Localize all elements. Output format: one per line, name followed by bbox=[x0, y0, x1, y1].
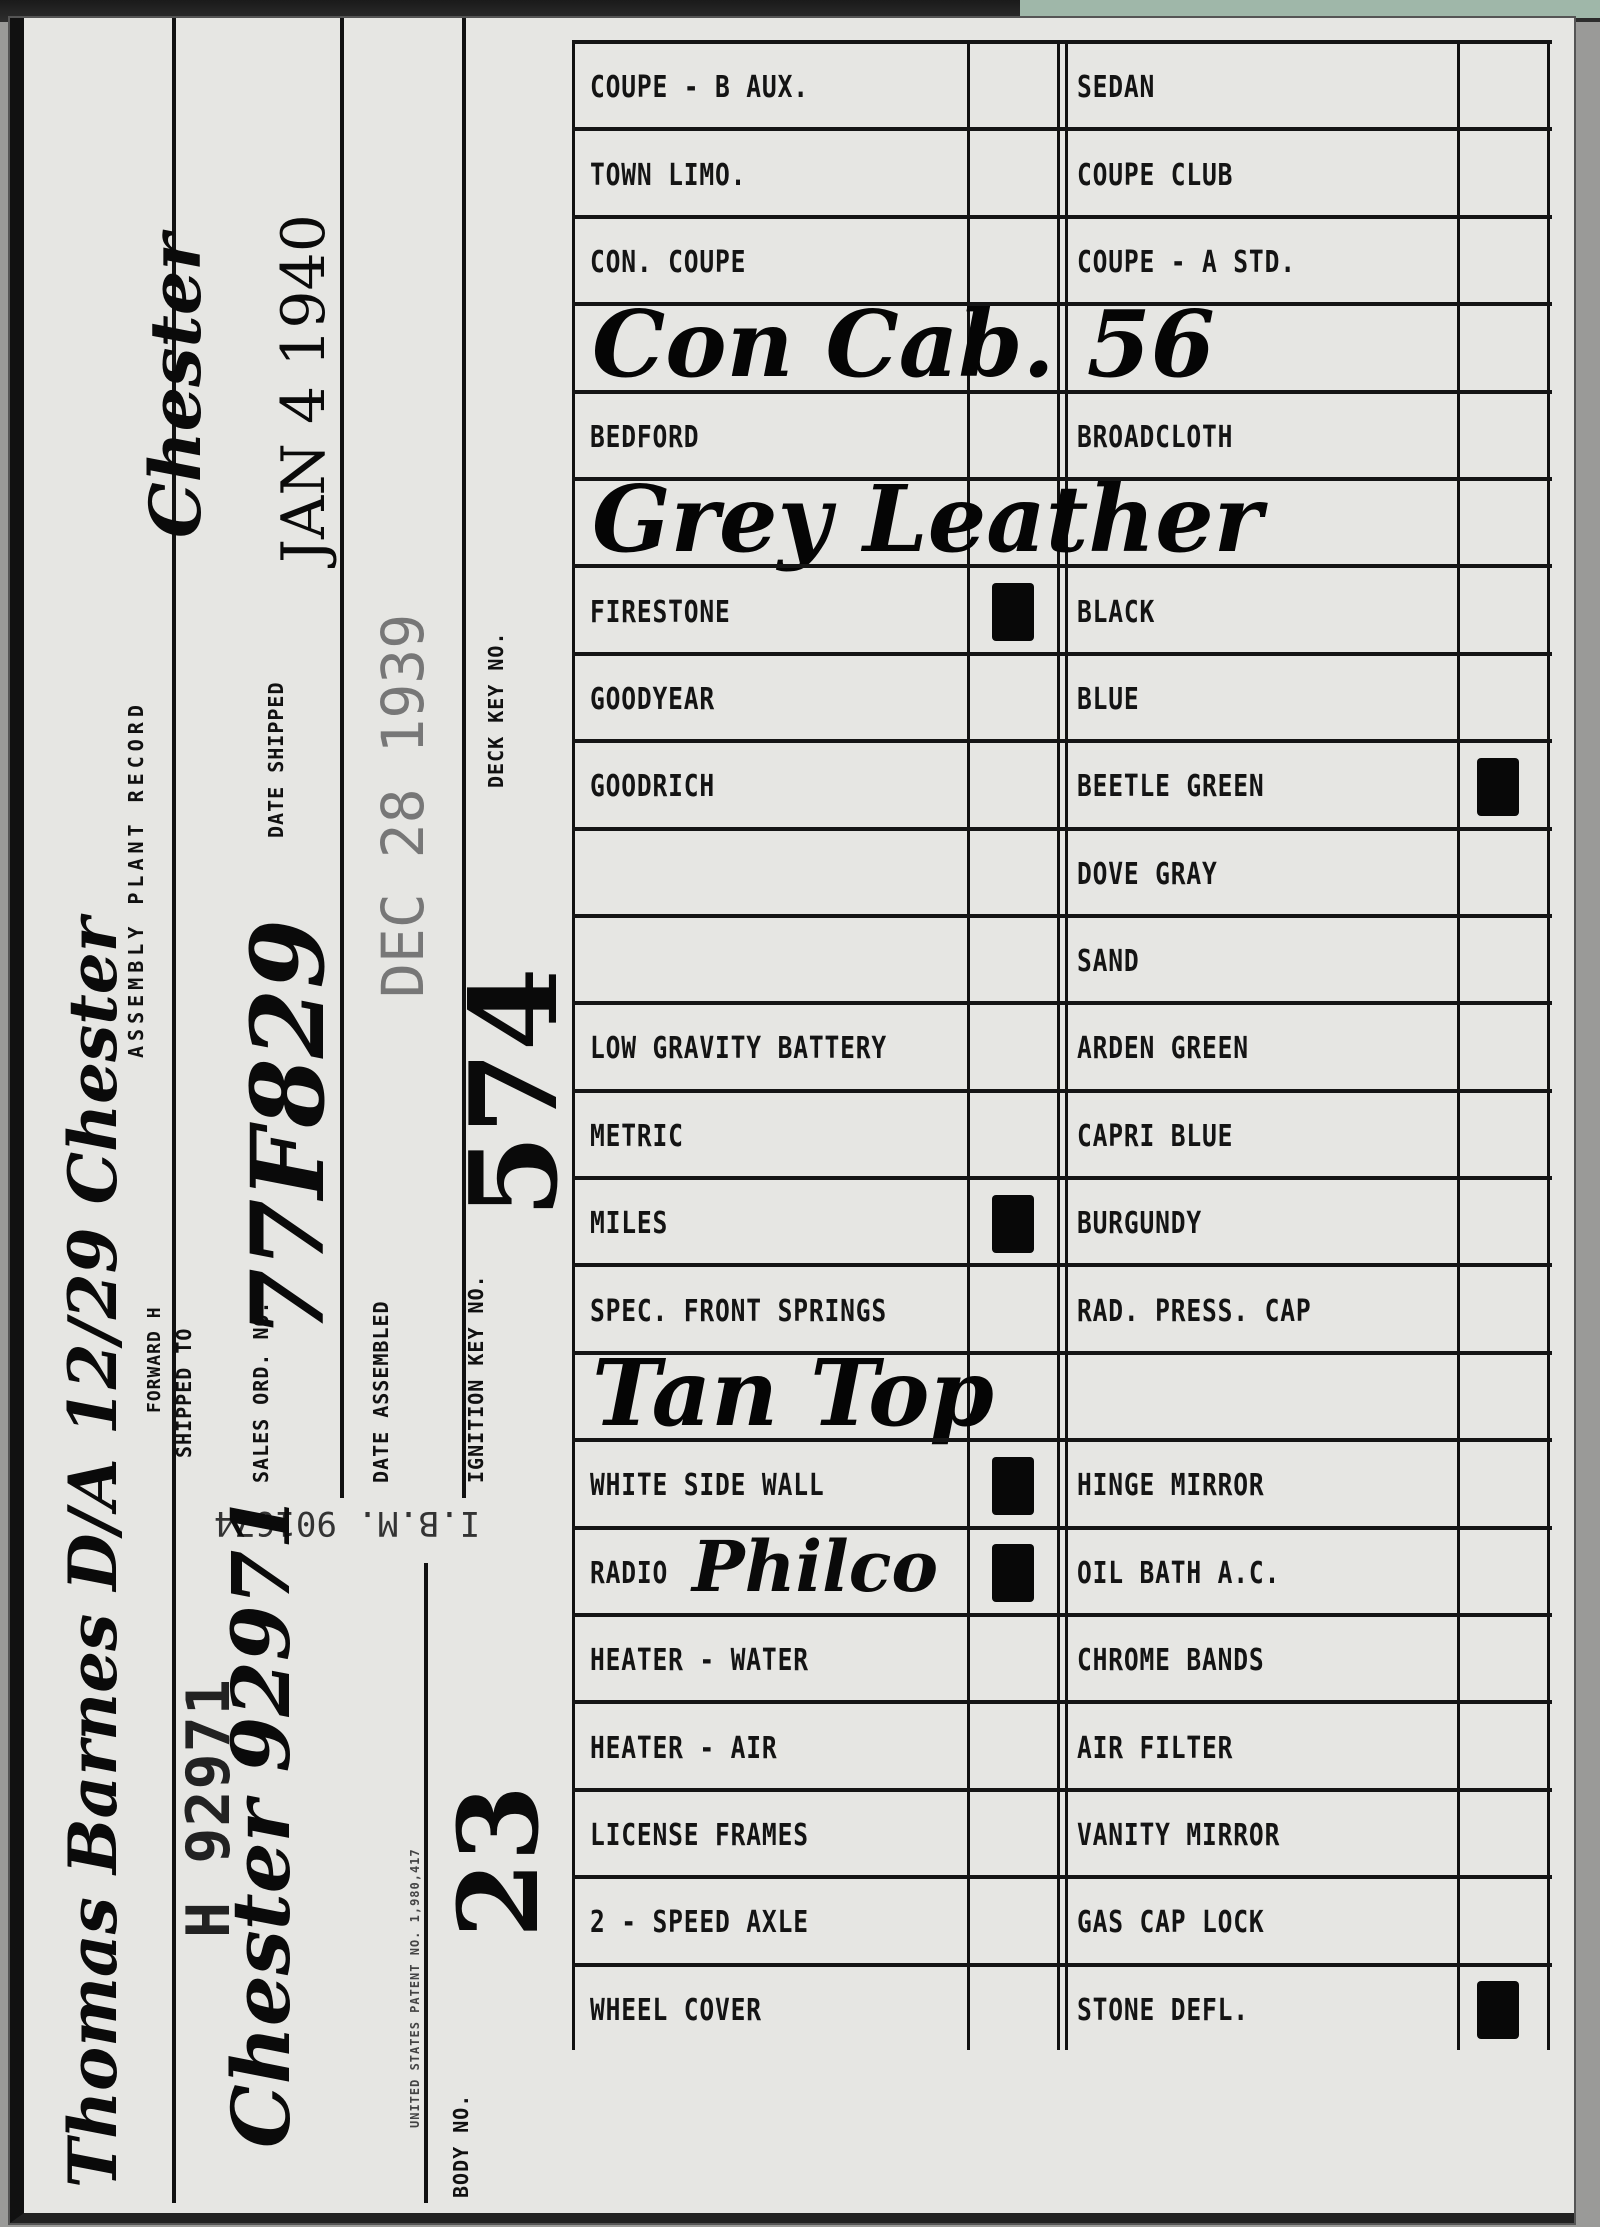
background-green-strip bbox=[1020, 0, 1600, 18]
option-row: COUPE - B AUX.SEDAN bbox=[572, 40, 1552, 131]
serial-stamp: H 92971 bbox=[174, 1678, 244, 1938]
option-right-label: BLACK bbox=[1077, 568, 1155, 655]
option-row: LOW GRAVITY BATTERYARDEN GREEN bbox=[572, 1001, 1552, 1092]
option-left-note: Philco bbox=[692, 1525, 938, 1608]
option-right-label: RAD. PRESS. CAP bbox=[1077, 1267, 1311, 1354]
option-right-label: BEETLE GREEN bbox=[1077, 743, 1265, 830]
option-left-label: WHITE SIDE WALL bbox=[590, 1442, 824, 1529]
option-right-label: CAPRI BLUE bbox=[1077, 1093, 1233, 1180]
option-left-label: WHEEL COVER bbox=[590, 1967, 762, 2054]
option-row: RADIOPhilcoOIL BATH A.C. bbox=[572, 1526, 1552, 1617]
option-right-label: GAS CAP LOCK bbox=[1077, 1879, 1265, 1966]
option-right-label: DOVE GRAY bbox=[1077, 831, 1218, 918]
option-left-label: LICENSE FRAMES bbox=[590, 1792, 809, 1879]
handwritten-entry: Con Cab. 56 bbox=[592, 290, 1215, 398]
option-left-label: LOW GRAVITY BATTERY bbox=[590, 1005, 887, 1092]
check-mark-icon[interactable] bbox=[1477, 758, 1519, 816]
option-row: HEATER - WATERCHROME BANDS bbox=[572, 1613, 1552, 1704]
option-left-label: RADIO bbox=[590, 1530, 668, 1617]
option-left-label: METRIC bbox=[590, 1093, 684, 1180]
option-left-label: MILES bbox=[590, 1180, 668, 1267]
option-row: WHEEL COVERSTONE DEFL. bbox=[572, 1963, 1552, 2054]
option-left-label: COUPE - B AUX. bbox=[590, 44, 809, 131]
option-left-label: HEATER - WATER bbox=[590, 1617, 809, 1704]
shipped-to-value: Thomas Barnes D/A 12/29 Chester bbox=[54, 918, 132, 2189]
option-row: HEATER - AIRAIR FILTER bbox=[572, 1700, 1552, 1791]
date-shipped-label: DATE SHIPPED bbox=[264, 682, 288, 839]
option-left-label: GOODRICH bbox=[590, 743, 715, 830]
options-grid: COUPE - B AUX.SEDANTOWN LIMO.COUPE CLUBC… bbox=[572, 40, 1572, 2050]
option-row: TOWN LIMO.COUPE CLUB bbox=[572, 127, 1552, 218]
handwritten-entry: Grey Leather bbox=[592, 465, 1262, 573]
option-right-label: AIR FILTER bbox=[1077, 1704, 1233, 1791]
option-row: LICENSE FRAMESVANITY MIRROR bbox=[572, 1788, 1552, 1879]
option-right-label: OIL BATH A.C. bbox=[1077, 1530, 1280, 1617]
patent-text: UNITED STATES PATENT NO. 1,980,417 bbox=[408, 1848, 422, 2128]
check-mark-icon[interactable] bbox=[992, 583, 1034, 641]
handwritten-entry: Tan Top bbox=[592, 1339, 994, 1447]
option-right-label: SEDAN bbox=[1077, 44, 1155, 131]
forward-label: FORWARD H bbox=[144, 1306, 165, 1413]
option-row: SAND bbox=[572, 914, 1552, 1005]
option-right-label: BURGUNDY bbox=[1077, 1180, 1202, 1267]
option-right-label: SAND bbox=[1077, 918, 1140, 1005]
assembly-plant-value: Chester bbox=[134, 234, 217, 538]
date-shipped-value: JAN 4 1940 bbox=[269, 214, 339, 563]
option-left-label: HEATER - AIR bbox=[590, 1704, 778, 1791]
option-row: 2 - SPEED AXLEGAS CAP LOCK bbox=[572, 1875, 1552, 1966]
option-row: MILESBURGUNDY bbox=[572, 1176, 1552, 1267]
option-right-label: HINGE MIRROR bbox=[1077, 1442, 1265, 1529]
sales-ord-value: 77F829 bbox=[229, 919, 347, 1338]
option-row: GOODYEARBLUE bbox=[572, 652, 1552, 743]
option-left-label: 2 - SPEED AXLE bbox=[590, 1879, 809, 1966]
option-right-label: STONE DEFL. bbox=[1077, 1967, 1249, 2054]
shipped-to-label: SHIPPED TO bbox=[172, 1328, 196, 1458]
ignition-key-label: IGNITION KEY NO. bbox=[464, 1274, 488, 1483]
option-left-label: GOODYEAR bbox=[590, 656, 715, 743]
date-assembled-label: DATE ASSEMBLED bbox=[369, 1300, 393, 1483]
check-mark-icon[interactable] bbox=[992, 1544, 1034, 1602]
option-right-label: COUPE CLUB bbox=[1077, 131, 1233, 218]
option-right-label: CHROME BANDS bbox=[1077, 1617, 1265, 1704]
body-no-value: 23 bbox=[434, 1785, 563, 1938]
option-left-label: TOWN LIMO. bbox=[590, 131, 746, 218]
option-right-label: ARDEN GREEN bbox=[1077, 1005, 1249, 1092]
option-row: WHITE SIDE WALLHINGE MIRROR bbox=[572, 1438, 1552, 1529]
body-no-label: BODY NO. bbox=[449, 2094, 473, 2198]
divider bbox=[424, 1563, 428, 2203]
option-row: GOODRICHBEETLE GREEN bbox=[572, 739, 1552, 830]
check-mark-icon[interactable] bbox=[1477, 1981, 1519, 2039]
option-row: DOVE GRAY bbox=[572, 827, 1552, 918]
handwritten-row: Grey Leather bbox=[572, 477, 1552, 568]
check-mark-icon[interactable] bbox=[992, 1457, 1034, 1515]
plant-record-card: ASSEMBLY PLANT RECORD DATE SHIPPED JAN 4… bbox=[10, 18, 1574, 2223]
option-row: METRICCAPRI BLUE bbox=[572, 1089, 1552, 1180]
option-left-label: FIRESTONE bbox=[590, 568, 731, 655]
option-right-label: VANITY MIRROR bbox=[1077, 1792, 1280, 1879]
handwritten-row: Con Cab. 56 bbox=[572, 302, 1552, 393]
check-mark-icon[interactable] bbox=[992, 1195, 1034, 1253]
deck-key-label: DECK KEY NO. bbox=[484, 632, 508, 789]
option-row: FIRESTONEBLACK bbox=[572, 564, 1552, 655]
date-assembled-value: DEC 28 1939 bbox=[369, 614, 437, 998]
option-right-label: BLUE bbox=[1077, 656, 1140, 743]
handwritten-row: Tan Top bbox=[572, 1351, 1552, 1442]
deck-key-value: 574 bbox=[444, 968, 585, 1219]
